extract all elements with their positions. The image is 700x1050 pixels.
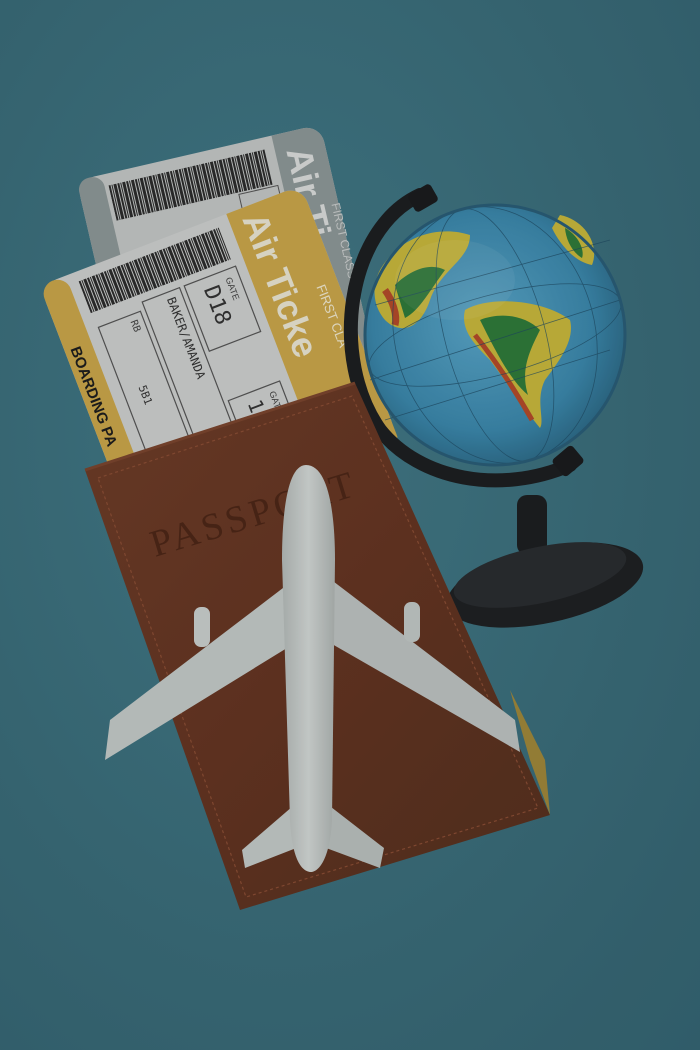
travel-photo: Air Ti FIRST CLASS BO GATE Air Ticke FIR… xyxy=(0,0,700,1050)
photo-composition: Air Ti FIRST CLASS BO GATE Air Ticke FIR… xyxy=(0,0,700,1050)
